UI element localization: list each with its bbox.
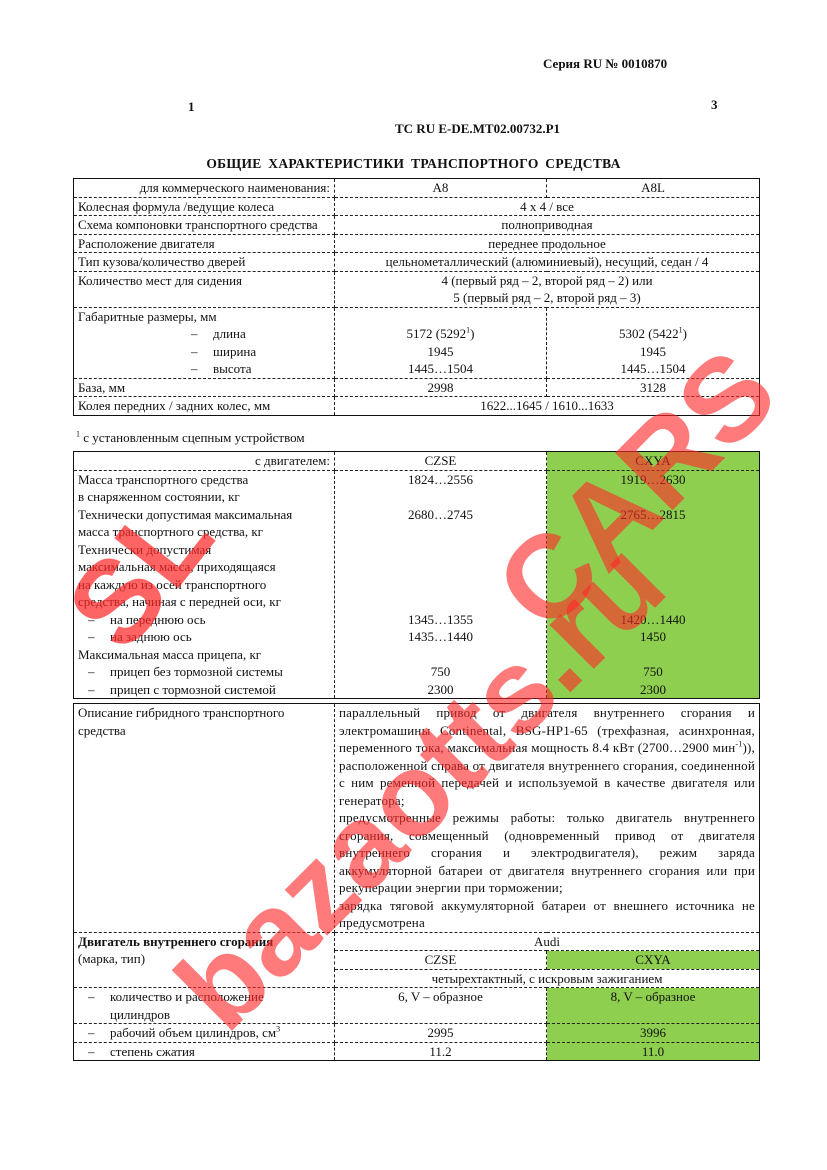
braked-trailer-label: прицеп с тормозной системой xyxy=(110,682,276,697)
cxya-front-axle: 1420…1440 xyxy=(551,611,755,629)
czse-displacement: 2995 xyxy=(335,1024,547,1043)
page-number-right: 3 xyxy=(711,97,718,113)
cxya-braked-trailer: 2300 xyxy=(551,681,755,699)
cxya-compression: 11.0 xyxy=(547,1042,760,1061)
dash: – xyxy=(191,343,213,361)
hybrid-paragraph-2: предусмотренные режимы работы: только дв… xyxy=(339,809,755,897)
table-row: База, мм 2998 3128 xyxy=(74,378,760,397)
ice-type-cxya: CXYA xyxy=(547,951,760,970)
width-label: ширина xyxy=(213,344,256,359)
a8-width: 1945 xyxy=(339,343,542,361)
ice-kind: четырехтактный, с искровым зажиганием xyxy=(335,969,760,988)
max-mass-label-2: масса транспортного средства, кг xyxy=(78,523,330,541)
engine-cxya: CXYA xyxy=(547,452,760,471)
general-characteristics-table: для коммерческого наименования: A8 A8L К… xyxy=(73,178,760,416)
layout-value: полноприводная xyxy=(335,216,760,235)
hybrid-description-label: Описание гибридного транспортного средст… xyxy=(74,704,335,933)
czse-compression: 11.2 xyxy=(335,1042,547,1061)
trailer-mass-label: Максимальная масса прицепа, кг xyxy=(78,646,330,664)
czse-unbraked-trailer: 750 xyxy=(339,663,542,681)
table-row: Тип кузова/количество дверей цельнометал… xyxy=(74,253,760,272)
dimensions-label: Габаритные размеры, мм xyxy=(78,308,330,326)
table-row: Габаритные размеры, мм –длина –ширина –в… xyxy=(74,307,760,378)
engine-header-label: с двигателем: xyxy=(74,452,335,471)
a8-length: 5172 (52921) xyxy=(339,325,542,343)
length-label: длина xyxy=(213,326,246,341)
displacement-label: –рабочий объем цилиндров, см3 xyxy=(74,1024,335,1043)
curb-mass-label: Масса транспортного средства xyxy=(78,471,330,489)
body-type-label: Тип кузова/количество дверей xyxy=(74,253,335,272)
dash: – xyxy=(88,663,110,681)
czse-max-mass: 2680…2745 xyxy=(339,506,542,524)
footnote-text: с установленным сцепным устройством xyxy=(80,430,305,445)
dash: – xyxy=(88,988,110,1006)
a8l-height: 1445…1504 xyxy=(551,360,755,378)
table-row: Схема компоновки транспортного средства … xyxy=(74,216,760,235)
series-number: Серия RU № 0010870 xyxy=(543,56,667,72)
seats-value-line-1: 4 (первый ряд – 2, второй ряд – 2) или xyxy=(339,272,755,290)
table-row: Масса транспортного средства в снаряженн… xyxy=(74,470,760,699)
mass-table: с двигателем: CZSE CXYA Масса транспортн… xyxy=(73,451,760,699)
wheel-formula-label: Колесная формула /ведущие колеса xyxy=(74,197,335,216)
page-number-left: 1 xyxy=(188,99,195,115)
hybrid-paragraph-3: зарядка тяговой аккумуляторной батареи о… xyxy=(339,897,755,932)
max-mass-label: Технически допустимая максимальная xyxy=(78,506,330,524)
cxya-displacement: 3996 xyxy=(547,1024,760,1043)
rear-axle-label: на заднюю ось xyxy=(110,629,192,644)
table-row: Колея передних / задних колес, мм 1622..… xyxy=(74,397,760,416)
czse-curb-mass: 1824…2556 xyxy=(339,471,542,489)
table-row: Двигатель внутреннего сгорания (марка, т… xyxy=(74,932,760,951)
track-label: Колея передних / задних колес, мм xyxy=(74,397,335,416)
a8l-width: 1945 xyxy=(551,343,755,361)
commercial-name-label: для коммерческого наименования: xyxy=(74,179,335,198)
cxya-cylinders: 8, V – образное xyxy=(547,988,760,1024)
czse-braked-trailer: 2300 xyxy=(339,681,542,699)
dash: – xyxy=(88,611,110,629)
cxya-rear-axle: 1450 xyxy=(551,628,755,646)
document-number: ТС RU E-DE.MT02.00732.P1 xyxy=(395,121,560,137)
track-value: 1622...1645 / 1610...1633 xyxy=(335,397,760,416)
wheelbase-label: База, мм xyxy=(74,378,335,397)
ice-type-czse: CZSE xyxy=(335,951,547,970)
dash: – xyxy=(191,360,213,378)
table-row: –количество и расположение цилиндров 6, … xyxy=(74,988,760,1024)
footnote: 1 с установленным сцепным устройством xyxy=(76,430,305,446)
table-row: Расположение двигателя переднее продольн… xyxy=(74,234,760,253)
dimensions-label-cell: Габаритные размеры, мм –длина –ширина –в… xyxy=(74,307,335,378)
curb-mass-label-2: в снаряженном состоянии, кг xyxy=(78,488,330,506)
cxya-unbraked-trailer: 750 xyxy=(551,663,755,681)
a8l-length: 5302 (54221) xyxy=(551,325,755,343)
hybrid-description-value: параллельный привод от двигателя внутрен… xyxy=(335,704,760,933)
seats-label: Количество мест для сидения xyxy=(74,271,335,307)
axle-mass-label-3: на каждую из осей транспортного xyxy=(78,576,330,594)
ice-brand: Audi xyxy=(335,932,760,951)
model-a8l: A8L xyxy=(547,179,760,198)
axle-mass-label: Технически допустимая xyxy=(78,541,330,559)
a8-wheelbase: 2998 xyxy=(335,378,547,397)
dash: – xyxy=(88,681,110,699)
ice-label: Двигатель внутреннего сгорания (марка, т… xyxy=(74,932,335,988)
czse-front-axle: 1345…1355 xyxy=(339,611,542,629)
dash: – xyxy=(191,325,213,343)
ice-label-rest: (марка, тип) xyxy=(78,950,330,968)
cxya-curb-mass: 1919…2630 xyxy=(551,471,755,489)
table-row: Колесная формула /ведущие колеса 4 x 4 /… xyxy=(74,197,760,216)
engine-table: Описание гибридного транспортного средст… xyxy=(73,703,760,1061)
dash: – xyxy=(88,628,110,646)
table-row: с двигателем: CZSE CXYA xyxy=(74,452,760,471)
table-row: –рабочий объем цилиндров, см3 2995 3996 xyxy=(74,1024,760,1043)
seats-value-line-2: 5 (первый ряд – 2, второй ряд – 3) xyxy=(339,289,755,307)
axle-mass-label-2: максимальная масса, приходящаяся xyxy=(78,558,330,576)
dash: – xyxy=(88,1043,110,1061)
table-row: Описание гибридного транспортного средст… xyxy=(74,704,760,933)
table-row: –степень сжатия 11.2 11.0 xyxy=(74,1042,760,1061)
table-row: Количество мест для сидения 4 (первый ря… xyxy=(74,271,760,307)
ice-label-bold: Двигатель внутреннего сгорания xyxy=(78,933,330,951)
a8l-dimensions: 5302 (54221) 1945 1445…1504 xyxy=(547,307,760,378)
dash: – xyxy=(88,1024,110,1042)
czse-rear-axle: 1435…1440 xyxy=(339,628,542,646)
cxya-max-mass: 2765…2815 xyxy=(551,506,755,524)
table-row: для коммерческого наименования: A8 A8L xyxy=(74,179,760,198)
engine-position-label: Расположение двигателя xyxy=(74,234,335,253)
height-label: высота xyxy=(213,361,252,376)
a8-height: 1445…1504 xyxy=(339,360,542,378)
engine-czse: CZSE xyxy=(335,452,547,471)
page-title: ОБЩИЕ ХАРАКТЕРИСТИКИ ТРАНСПОРТНОГО СРЕДС… xyxy=(0,156,827,172)
unbraked-trailer-label: прицеп без тормозной системы xyxy=(110,664,283,679)
model-a8: A8 xyxy=(335,179,547,198)
cylinders-label: –количество и расположение цилиндров xyxy=(74,988,335,1024)
a8l-wheelbase: 3128 xyxy=(547,378,760,397)
axle-mass-label-4: средства, начиная с передней оси, кг xyxy=(78,593,330,611)
layout-label: Схема компоновки транспортного средства xyxy=(74,216,335,235)
seats-value: 4 (первый ряд – 2, второй ряд – 2) или 5… xyxy=(335,271,760,307)
compression-label: –степень сжатия xyxy=(74,1042,335,1061)
engine-position-value: переднее продольное xyxy=(335,234,760,253)
hybrid-paragraph-1: параллельный привод от двигателя внутрен… xyxy=(339,704,755,809)
czse-cylinders: 6, V – образное xyxy=(335,988,547,1024)
wheel-formula-value: 4 x 4 / все xyxy=(335,197,760,216)
front-axle-label: на переднюю ось xyxy=(110,612,206,627)
body-type-value: цельнометаллический (алюминиевый), несущ… xyxy=(335,253,760,272)
a8-dimensions: 5172 (52921) 1945 1445…1504 xyxy=(335,307,547,378)
